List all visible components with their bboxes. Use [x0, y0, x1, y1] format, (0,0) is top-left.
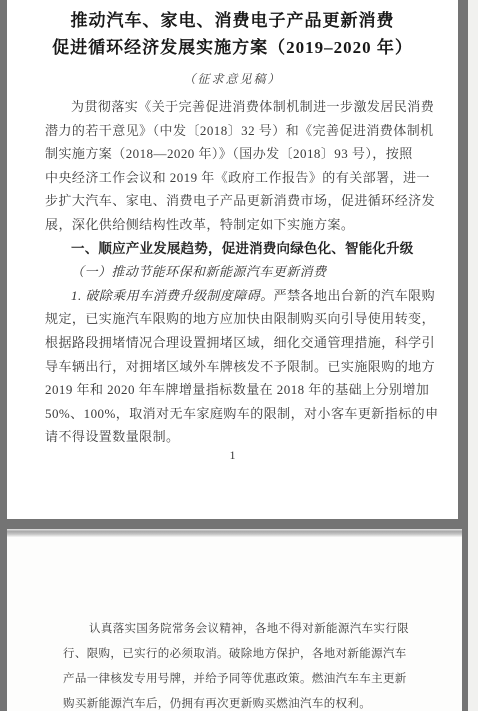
text-line: 认真落实国务院常务会议精神，各地不得对新能源汽车实行限	[63, 617, 423, 642]
title-block: 推动汽车、家电、消费电子产品更新消费 促进循环经济发展实施方案（2019–202…	[7, 7, 458, 87]
text-line: 制实施方案（2018—2020 年）》（国办发〔2018〕93 号），按照	[45, 142, 417, 166]
window-edge	[468, 0, 478, 711]
text-line: 购买新能源汽车后，仍拥有再次更新购买燃油汽车的权利。	[63, 692, 423, 711]
text-line: 导车辆出行，对拥堵区域外车牌核发不予限制。已实施限购的地方	[45, 355, 417, 379]
page-top-edge-shadow	[7, 529, 462, 537]
text-line: 中央经济工作会议和 2019 年《政府工作报告》的有关部署，进一	[45, 166, 417, 190]
item-text: 严禁各地出台新的汽车限购	[274, 288, 435, 303]
text-line: 2019 年和 2020 年车牌增量指标数量在 2018 年的基础上分别增加	[45, 378, 417, 402]
page-2: 认真落实国务院常务会议精神，各地不得对新能源汽车实行限 行、限购，已实行的必须取…	[7, 529, 462, 711]
section-heading: 一、顺应产业发展趋势，促进消费向绿色化、智能化升级	[45, 237, 417, 261]
text-line: 为贯彻落实《关于完善促进消费体制机制进一步激发居民消费	[45, 95, 417, 119]
page-1: 推动汽车、家电、消费电子产品更新消费 促进循环经济发展实施方案（2019–202…	[7, 0, 458, 519]
text-line: 产品一律核发专用号牌，并给予同等优惠政策。燃油汽车车主更新	[63, 667, 423, 692]
text-line: 展，深化供给侧结构性改革，特制定如下实施方案。	[45, 213, 417, 237]
document-viewer: 推动汽车、家电、消费电子产品更新消费 促进循环经济发展实施方案（2019–202…	[0, 0, 478, 711]
page-1-body: 为贯彻落实《关于完善促进消费体制机制进一步激发居民消费 潜力的若干意见》（中发〔…	[45, 95, 417, 449]
doc-title-line-1: 推动汽车、家电、消费电子产品更新消费	[7, 7, 458, 34]
text-line: 1. 破除乘用车消费升级制度障碍。严禁各地出台新的汽车限购	[45, 284, 417, 308]
page-number: 1	[7, 448, 458, 463]
text-line: 请不得设置数量限制。	[45, 425, 417, 449]
text-line: 50%、100%，取消对无车家庭购车的限制，对小客车更新指标的申	[45, 402, 417, 426]
doc-subtitle: （征求意见稿）	[7, 70, 458, 87]
page-2-body: 认真落实国务院常务会议精神，各地不得对新能源汽车实行限 行、限购，已实行的必须取…	[63, 617, 423, 711]
doc-title-line-2: 促进循环经济发展实施方案（2019–2020 年）	[7, 34, 458, 61]
item-lead-in: 1. 破除乘用车消费升级制度障碍。	[71, 288, 274, 303]
text-line: 规定，已实施汽车限购的地方应加快由限制购买向引导使用转变，	[45, 307, 417, 331]
text-line: 步扩大汽车、家电、消费电子产品更新消费市场，促进循环经济发	[45, 189, 417, 213]
text-line: 潜力的若干意见》（中发〔2018〕32 号）和《完善促进消费体制机	[45, 119, 417, 143]
subsection-heading: （一）推动节能环保和新能源汽车更新消费	[45, 260, 417, 284]
text-line: 根据路段拥堵情况合理设置拥堵区域，细化交通管理措施，科学引	[45, 331, 417, 355]
text-line: 行、限购，已实行的必须取消。破除地方保护，各地对新能源汽车	[63, 642, 423, 667]
viewer-background: 推动汽车、家电、消费电子产品更新消费 促进循环经济发展实施方案（2019–202…	[0, 0, 468, 711]
